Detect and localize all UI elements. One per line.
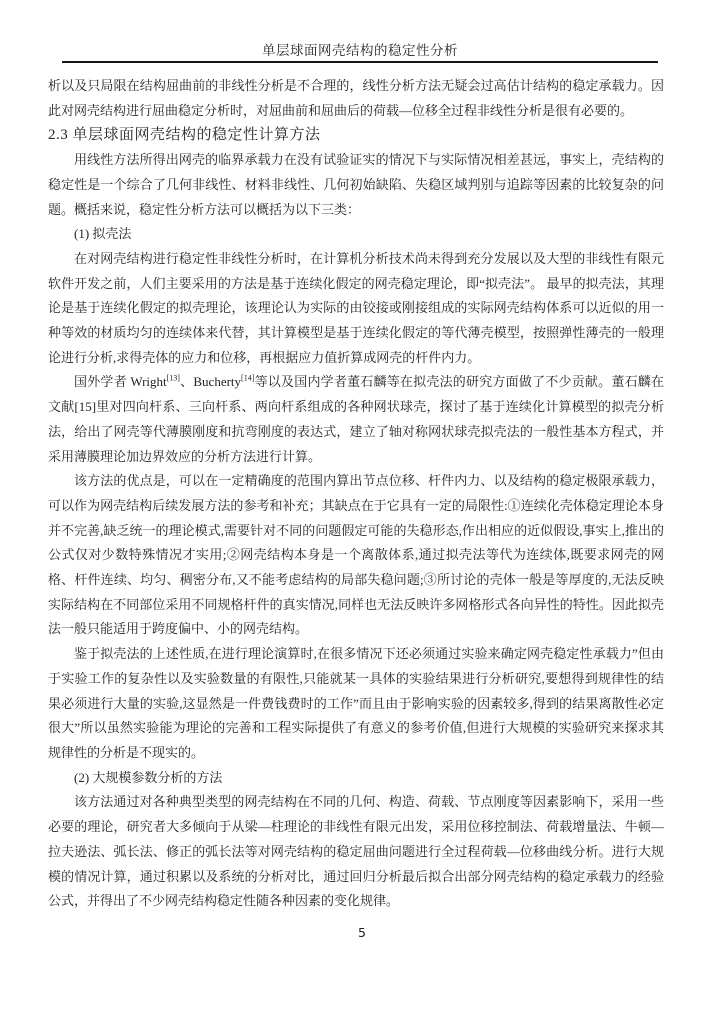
paragraph-parametric-analysis: 该方法通过对各种典型类型的网壳结构在不同的几何、构造、荷载、节点刚度等因素影响下… bbox=[48, 790, 664, 914]
list-item-2-label: (2) 大规模参数分析的方法 bbox=[48, 766, 664, 791]
page-body: 析以及只局限在结构屈曲前的非线性分析是不合理的，线性分析方法无疑会过高估计结构的… bbox=[48, 74, 664, 914]
paragraph-continuation: 析以及只局限在结构屈曲前的非线性分析是不合理的，线性分析方法无疑会过高估计结构的… bbox=[48, 74, 664, 123]
paragraph-scholars: 国外学者 Wright[13]、Bucherty[14]等以及国内学者董石麟等在… bbox=[48, 370, 664, 469]
list-item-1-label: (1) 拟壳法 bbox=[48, 222, 664, 247]
scholars-text-a: 国外学者 Wright bbox=[74, 374, 167, 389]
page-number: 5 bbox=[0, 925, 724, 940]
paragraph-experiment-limits: 鉴于拟壳法的上述性质,在进行理论演算时,在很多情况下还必须通过实验来确定网壳稳定… bbox=[48, 642, 664, 766]
scholars-text-b: 、Bucherty bbox=[180, 374, 241, 389]
document-page: 单层球面网壳结构的稳定性分析 析以及只局限在结构屈曲前的非线性分析是不合理的，线… bbox=[0, 0, 724, 1024]
running-header: 单层球面网壳结构的稳定性分析 bbox=[62, 39, 658, 59]
paragraph-intro: 用线性方法所得出网壳的临界承载力在没有试验证实的情况下与实际情况相差甚远，事实上… bbox=[48, 148, 664, 222]
citation-13: [13] bbox=[167, 374, 180, 383]
section-heading-2-3: 2.3 单层球面网壳结构的稳定性计算方法 bbox=[48, 123, 664, 148]
paragraph-quasi-shell-method: 在对网壳结构进行稳定性非线性分析时，在计算机分析技术尚未得到充分发展以及大型的非… bbox=[48, 247, 664, 371]
citation-14: [14] bbox=[241, 374, 254, 383]
paragraph-pros-cons: 该方法的优点是，可以在一定精确度的范围内算出节点位移、杆件内力、以及结构的稳定极… bbox=[48, 469, 664, 642]
running-header-title: 单层球面网壳结构的稳定性分析 bbox=[262, 43, 458, 58]
header-rule bbox=[62, 61, 658, 63]
